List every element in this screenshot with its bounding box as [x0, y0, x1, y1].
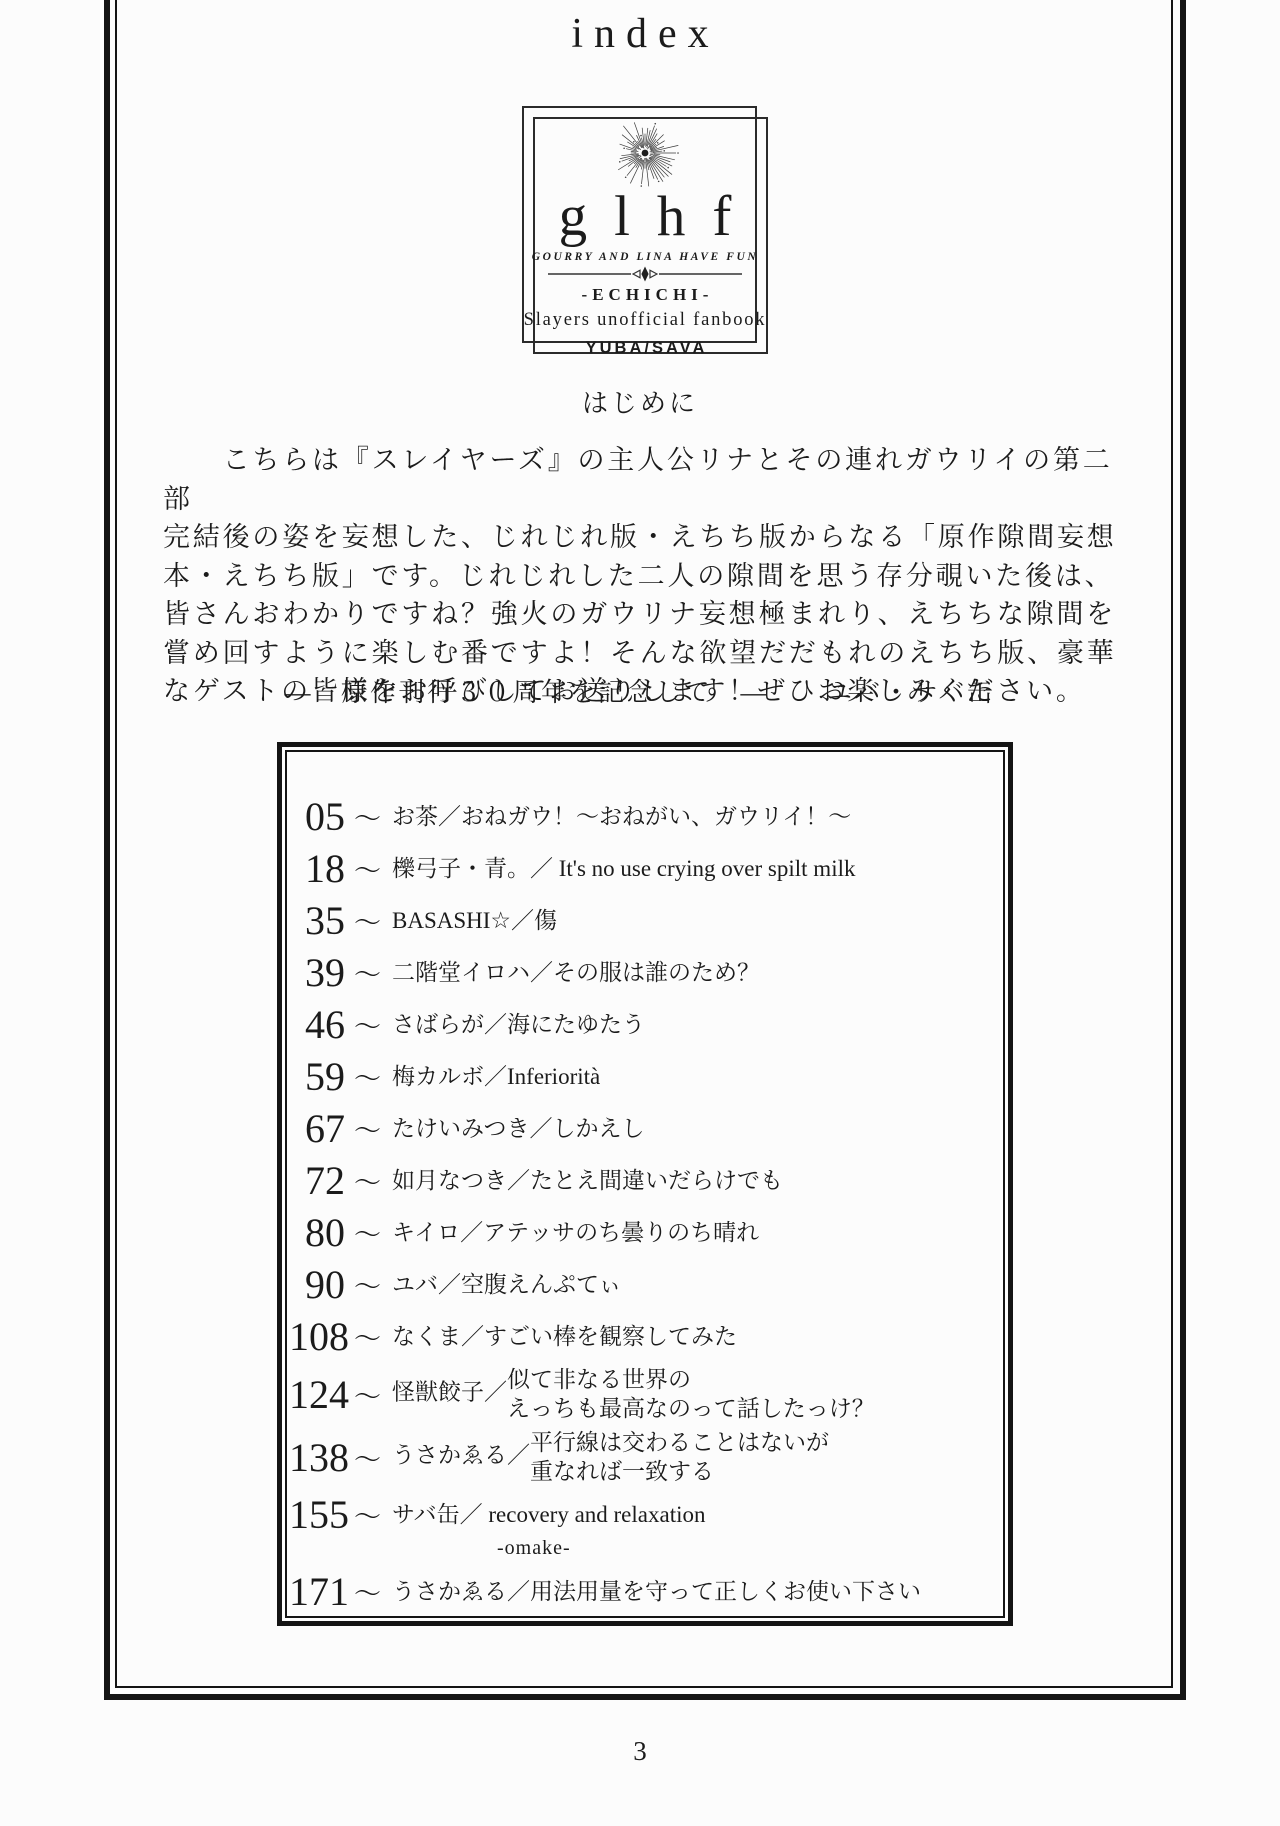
logo-circle-name: YUBA/SAVA [522, 339, 768, 358]
logo-description: Slayers unofficial fanbook [522, 310, 768, 331]
toc-title: BASASHI☆／傷 [392, 906, 557, 935]
page-number: 3 [0, 1736, 1280, 1767]
toc-title: うさかゑる／用法用量を守って正しくお使い下さい [392, 1577, 921, 1606]
page-title: index [0, 10, 1280, 58]
toc-title: さばらが／海にたゆたう [392, 1010, 645, 1039]
starburst-icon [606, 114, 684, 192]
toc-tilde: 〜 [354, 1317, 381, 1356]
toc-page-number: 46 [289, 1001, 345, 1048]
toc-row: 124 〜 怪獣餃子／似て非なる世界のえっちも最高なのって話したっけ？ [289, 1365, 1001, 1423]
toc-omake-label: -omake- [497, 1537, 1001, 1560]
toc-tilde: 〜 [354, 849, 381, 888]
toc-page-number: 05 [289, 793, 345, 840]
toc-tilde: 〜 [354, 1495, 381, 1534]
toc-page-number: 18 [289, 845, 345, 892]
toc-tilde: 〜 [354, 1057, 381, 1096]
toc-page-number: 124 [289, 1371, 345, 1418]
toc-list: 05 〜 お茶／おねガウ！〜おねがい、ガウリイ！〜 18 〜 櫟弓子・青。／ I… [289, 754, 1001, 1614]
toc-title: 如月なつき／たとえ間違いだらけでも [392, 1166, 783, 1195]
toc-row: 108 〜 なくま／すごい棒を観察してみた [289, 1313, 1001, 1360]
intro-heading: はじめに [0, 383, 1280, 420]
logo-tagline: -ECHICHI- [522, 285, 768, 305]
logo-title: glhf [522, 188, 768, 246]
toc-row: 18 〜 櫟弓子・青。／ It's no use crying over spi… [289, 845, 1001, 892]
toc-page-number: 155 [289, 1491, 345, 1538]
toc-title: 二階堂イロハ／その服は誰のため？ [392, 958, 760, 987]
toc-row: 35 〜 BASASHI☆／傷 [289, 897, 1001, 944]
toc-tilde: 〜 [354, 797, 381, 836]
toc-tilde: 〜 [354, 1375, 381, 1414]
toc-page-number: 72 [289, 1157, 345, 1204]
logo-subtitle: GOURRY AND LINA HAVE FUN [522, 251, 768, 263]
toc-title: うさかゑる／平行線は交わることはないが重なれば一致する [392, 1428, 829, 1486]
toc-tilde: 〜 [354, 1109, 381, 1148]
toc-tilde: 〜 [354, 1161, 381, 1200]
toc-row: 05 〜 お茶／おねガウ！〜おねがい、ガウリイ！〜 [289, 793, 1001, 840]
toc-row: 155 〜 サバ缶／ recovery and relaxation [289, 1491, 1001, 1538]
toc-page-number: 80 [289, 1209, 345, 1256]
toc-tilde: 〜 [354, 1438, 381, 1477]
toc-page-number: 67 [289, 1105, 345, 1152]
toc-row: 67 〜 たけいみつき／しかえし [289, 1105, 1001, 1152]
toc-page-number: 35 [289, 897, 345, 944]
logo-content: glhf GOURRY AND LINA HAVE FUN -ECHICHI- … [522, 106, 768, 358]
toc-title: ユバ／空腹えんぷてぃ [392, 1270, 622, 1299]
toc-row: 72 〜 如月なつき／たとえ間違いだらけでも [289, 1157, 1001, 1204]
toc-page-number: 138 [289, 1434, 345, 1481]
toc-page-number: 39 [289, 949, 345, 996]
toc-author: うさかゑる／ [392, 1442, 530, 1467]
toc-page-number: 171 [289, 1568, 345, 1615]
toc-title: サバ缶／ recovery and relaxation [392, 1500, 705, 1529]
toc-page-number: 59 [289, 1053, 345, 1100]
toc-page-number: 90 [289, 1261, 345, 1308]
divider-ornament-icon [545, 266, 745, 282]
toc-tilde: 〜 [354, 1213, 381, 1252]
toc-title: お茶／おねガウ！〜おねがい、ガウリイ！〜 [392, 802, 851, 831]
toc-title-lines: 似て非なる世界のえっちも最高なのって話したっけ？ [507, 1365, 875, 1423]
toc-tilde: 〜 [354, 1005, 381, 1044]
toc-title: 梅カルボ／Inferiorità [392, 1062, 600, 1091]
toc-row: 59 〜 梅カルボ／Inferiorità [289, 1053, 1001, 1100]
toc-author: 怪獣餃子／ [392, 1379, 507, 1404]
toc-title: 怪獣餃子／似て非なる世界のえっちも最高なのって話したっけ？ [392, 1365, 875, 1423]
toc-tilde: 〜 [354, 1265, 381, 1304]
toc-tilde: 〜 [354, 901, 381, 940]
toc-tilde: 〜 [354, 953, 381, 992]
toc-title: たけいみつき／しかえし [392, 1114, 645, 1143]
document-page: index glhf GOURRY AND LINA HAVE FUN -ECH… [0, 0, 1280, 1826]
toc-title: 櫟弓子・青。／ It's no use crying over spilt mi… [392, 854, 855, 883]
toc-title-lines: 平行線は交わることはないが重なれば一致する [530, 1428, 829, 1486]
toc-row: 80 〜 キイロ／アテッサのち曇りのち晴れ [289, 1209, 1001, 1256]
toc-page-number: 108 [289, 1313, 345, 1360]
dedication-line: ― 原作刊行３０周年を記念して ― ユバ・サバ缶 [0, 672, 1280, 709]
toc-row: 39 〜 二階堂イロハ／その服は誰のため？ [289, 949, 1001, 996]
toc-row: 171 〜 うさかゑる／用法用量を守って正しくお使い下さい [289, 1568, 1001, 1615]
toc-row: 138 〜 うさかゑる／平行線は交わることはないが重なれば一致する [289, 1428, 1001, 1486]
toc-tilde: 〜 [354, 1572, 381, 1611]
toc-box: 05 〜 お茶／おねガウ！〜おねがい、ガウリイ！〜 18 〜 櫟弓子・青。／ I… [277, 742, 1013, 1626]
toc-title: なくま／すごい棒を観察してみた [392, 1322, 737, 1351]
logo-box: glhf GOURRY AND LINA HAVE FUN -ECHICHI- … [522, 106, 768, 354]
intro-paragraph: こちらは『スレイヤーズ』の主人公リナとその連れガウリイの第二部 完結後の姿を妄想… [163, 441, 1138, 711]
toc-row: 46 〜 さばらが／海にたゆたう [289, 1001, 1001, 1048]
toc-title: キイロ／アテッサのち曇りのち晴れ [392, 1218, 759, 1247]
toc-row: 90 〜 ユバ／空腹えんぷてぃ [289, 1261, 1001, 1308]
